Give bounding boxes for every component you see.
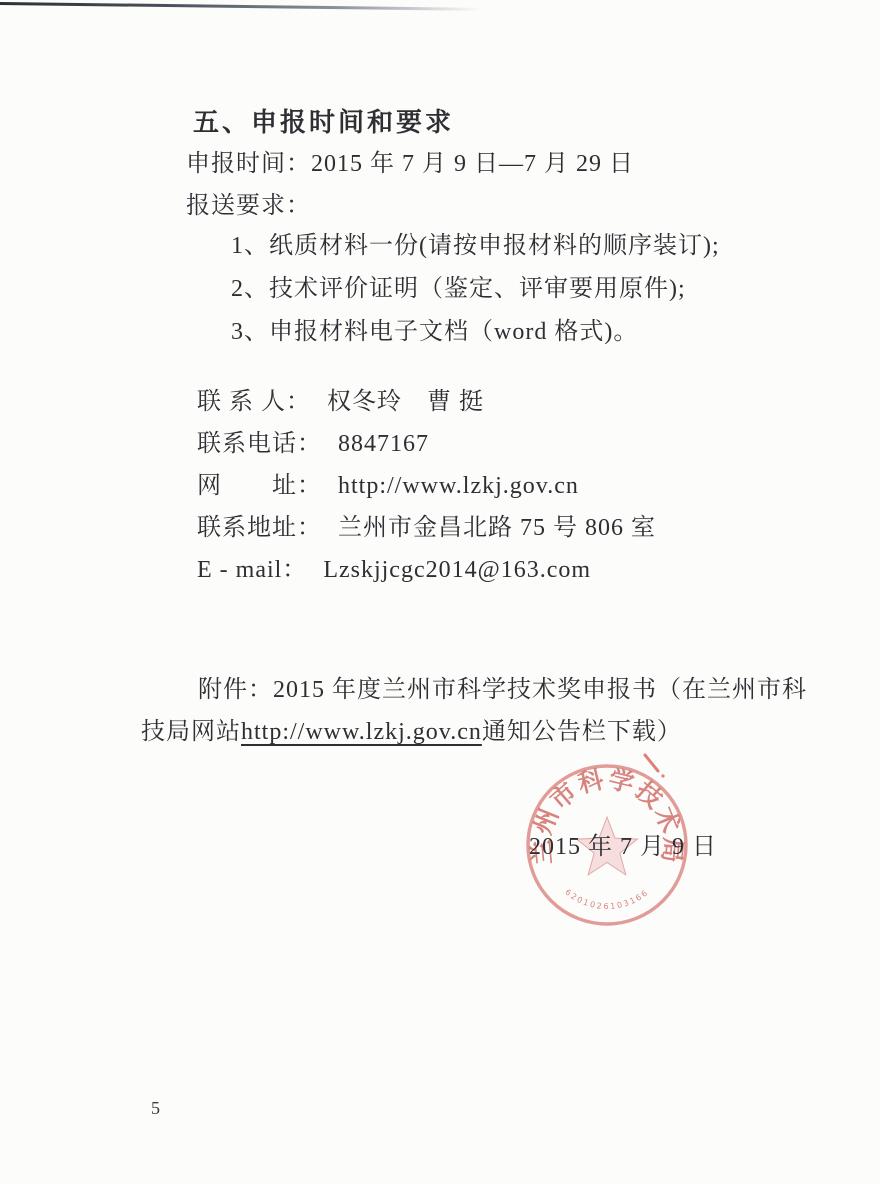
section-heading: 五、申报时间和要求 bbox=[193, 108, 454, 138]
red-ink-stray-mark bbox=[642, 753, 666, 779]
attachment-line2-suffix: 通知公告栏下载） bbox=[482, 719, 682, 745]
contact-person-value: 权冬玲 曹 挺 bbox=[327, 387, 484, 417]
contact-address-row: 联系地址： 兰州市金昌北路 75 号 806 室 bbox=[197, 513, 656, 543]
attachment-line2-prefix: 技局网站 bbox=[141, 719, 241, 745]
requirement-item-2: 2、技术评价证明（鉴定、评审要用原件); bbox=[231, 274, 686, 304]
page-number: 5 bbox=[151, 1098, 160, 1119]
scan-artifact-line bbox=[0, 2, 480, 11]
document-page: 五、申报时间和要求 申报时间：2015 年 7 月 9 日—7 月 29 日 报… bbox=[0, 0, 880, 1184]
requirement-item-1: 1、纸质材料一份(请按申报材料的顺序装订); bbox=[231, 231, 720, 261]
email-row: E - mail： Lzskjjcgc2014@163.com bbox=[197, 555, 591, 585]
application-period-line: 申报时间：2015 年 7 月 9 日—7 月 29 日 bbox=[186, 149, 634, 179]
email-label: E - mail： bbox=[197, 555, 307, 585]
email-value: Lzskjjcgc2014@163.com bbox=[323, 555, 591, 585]
requirement-item-3: 3、申报材料电子文档（word 格式)。 bbox=[231, 317, 638, 347]
contact-address-value: 兰州市金昌北路 75 号 806 室 bbox=[338, 513, 656, 543]
contact-phone-row: 联系电话： 8847167 bbox=[197, 429, 429, 459]
attachment-line-2: 技局网站http://www.lzkj.gov.cn通知公告栏下载） bbox=[141, 717, 682, 747]
issue-date: 2015 年 7 月 9 日 bbox=[529, 832, 717, 862]
attachment-url: http://www.lzkj.gov.cn bbox=[241, 719, 482, 745]
attachment-line-1: 附件：2015 年度兰州市科学技术奖申报书（在兰州市科 bbox=[198, 675, 807, 705]
website-label: 网 址： bbox=[197, 471, 322, 501]
seal-serial-number: 6201026103166 bbox=[563, 887, 650, 910]
website-value: http://www.lzkj.gov.cn bbox=[338, 471, 579, 501]
contact-person-row: 联 系 人： 权冬玲 曹 挺 bbox=[197, 387, 484, 417]
contact-phone-label: 联系电话： bbox=[197, 429, 322, 459]
contact-phone-value: 8847167 bbox=[338, 429, 429, 459]
website-row: 网 址： http://www.lzkj.gov.cn bbox=[197, 471, 579, 501]
contact-person-label: 联 系 人： bbox=[197, 387, 311, 417]
contact-address-label: 联系地址： bbox=[197, 513, 322, 543]
submission-requirements-label: 报送要求： bbox=[186, 191, 311, 221]
